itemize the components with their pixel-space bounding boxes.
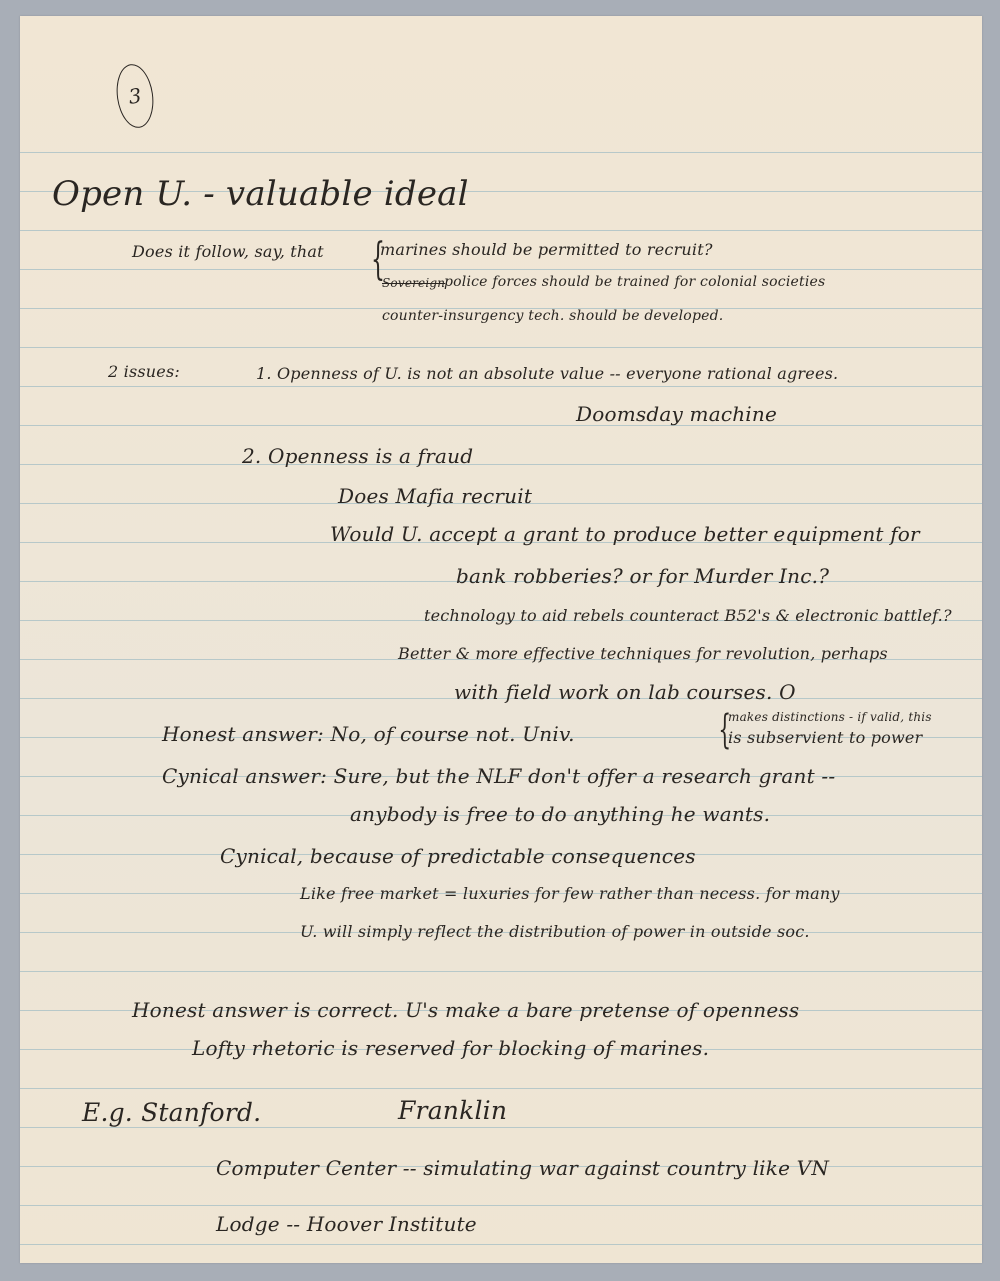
note-line: E.g. Stanford.: [82, 1098, 261, 1127]
rule-line: [20, 1088, 982, 1089]
struck-word: Sovereign: [382, 276, 445, 290]
page-number: 3: [127, 83, 143, 109]
note-line: Would U. accept a grant to produce bette…: [330, 522, 920, 546]
rule-line: [20, 269, 982, 270]
note-line: Cynical, because of predictable conseque…: [220, 844, 696, 868]
note-line: Computer Center -- simulating war agains…: [216, 1156, 829, 1180]
note-line: 2. Openness is a fraud: [242, 444, 473, 468]
note-line: Better & more effective techniques for r…: [398, 644, 888, 663]
note-line: Honest answer: No, of course not. Univ.: [162, 722, 575, 746]
note-line: 1. Openness of U. is not an absolute val…: [256, 364, 838, 383]
note-line: makes distinctions - if valid, this: [728, 710, 932, 724]
note-line: Doomsday machine: [576, 402, 777, 426]
note-line: anybody is free to do anything he wants.: [350, 802, 770, 826]
heading-open-u: Open U. - valuable ideal: [52, 174, 469, 214]
note-line: Like free market = luxuries for few rath…: [300, 884, 840, 903]
note-line: Lodge -- Hoover Institute: [216, 1212, 477, 1236]
note-line: Does Mafia recruit: [338, 484, 532, 508]
rule-line: [20, 425, 982, 426]
note-line: bank robberies? or for Murder Inc.?: [456, 564, 829, 588]
note-line: Cynical answer: Sure, but the NLF don't …: [162, 764, 835, 788]
rule-line: [20, 971, 982, 972]
note-line: with field work on lab courses. O: [454, 680, 796, 704]
rule-line: [20, 1205, 982, 1206]
note-line: marines should be permitted to recruit?: [380, 240, 713, 259]
note-line: technology to aid rebels counteract B52'…: [424, 606, 952, 625]
note-line: Does it follow, say, that: [132, 242, 324, 261]
note-line: Honest answer is correct. U's make a bar…: [132, 998, 799, 1022]
rule-line: [20, 386, 982, 387]
page-number-circle: 3: [113, 62, 158, 130]
note-line: counter-insurgency tech. should be devel…: [382, 308, 723, 324]
note-line: Lofty rhetoric is reserved for blocking …: [192, 1036, 709, 1060]
rule-line: [20, 1244, 982, 1245]
note-line: Franklin: [398, 1096, 507, 1125]
note-line: U. will simply reflect the distribution …: [300, 922, 810, 941]
rule-line: [20, 1127, 982, 1128]
note-line: is subservient to power: [728, 728, 922, 747]
note-line: 2 issues:: [108, 362, 180, 381]
rule-line: [20, 464, 982, 465]
rule-line: [20, 152, 982, 153]
rule-line: [20, 230, 982, 231]
note-line: police forces should be trained for colo…: [444, 274, 825, 290]
rule-line: [20, 347, 982, 348]
notebook-page: 3 Open U. - valuable ideal Does it follo…: [20, 16, 982, 1263]
